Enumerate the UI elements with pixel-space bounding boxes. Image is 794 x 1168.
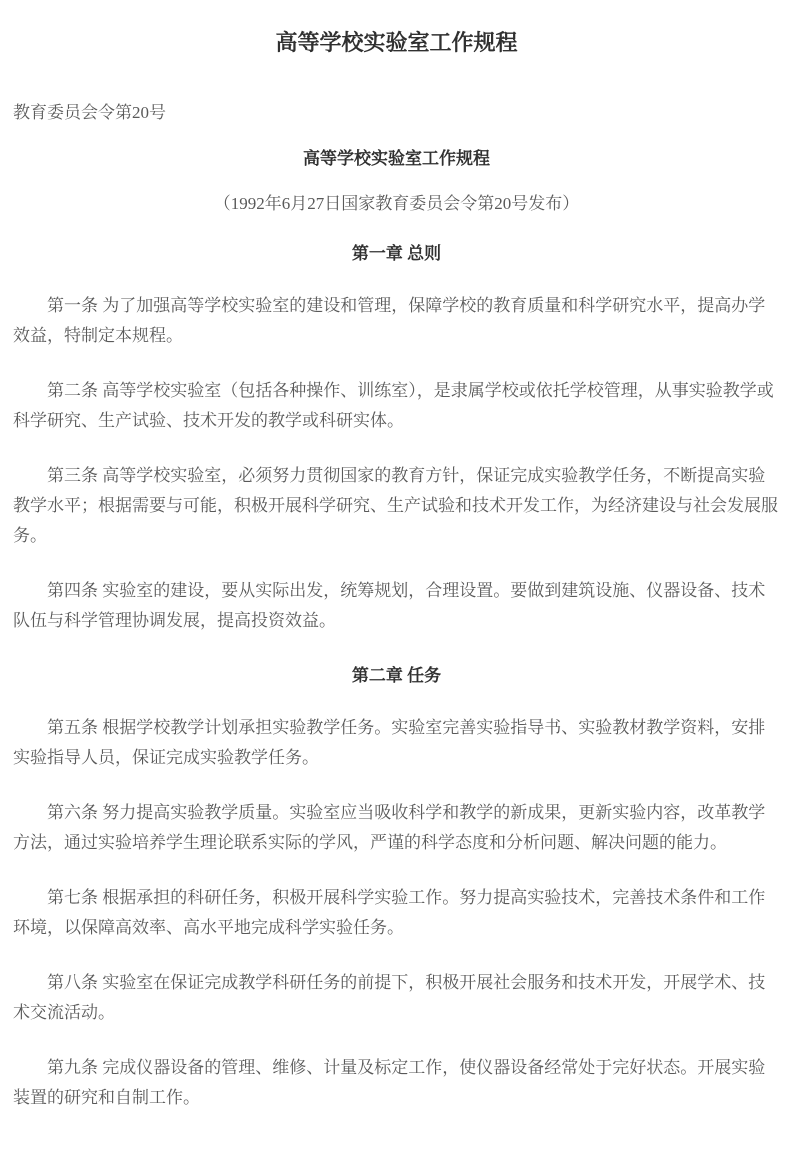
- article-7: 第七条 根据承担的科研任务，积极开展科学实验工作。努力提高实验技术，完善技术条件…: [13, 883, 780, 943]
- chapter-2-heading: 第二章 任务: [13, 661, 780, 691]
- article-5: 第五条 根据学校教学计划承担实验教学任务。实验室完善实验指导书、实验教材教学资料…: [13, 713, 780, 773]
- article-2: 第二条 高等学校实验室（包括各种操作、训练室），是隶属学校或依托学校管理，从事实…: [13, 376, 780, 436]
- article-9: 第九条 完成仪器设备的管理、维修、计量及标定工作，使仪器设备经常处于完好状态。开…: [13, 1053, 780, 1113]
- article-4: 第四条 实验室的建设，要从实际出发，统筹规划，合理设置。要做到建筑设施、仪器设备…: [13, 576, 780, 636]
- document-subtitle: 高等学校实验室工作规程: [13, 144, 780, 174]
- chapter-1-heading: 第一章 总则: [13, 239, 780, 269]
- publication-note: （1992年6月27日国家教育委员会令第20号发布）: [13, 189, 780, 219]
- decree-number-line: 教育委员会令第20号: [13, 98, 780, 128]
- article-8: 第八条 实验室在保证完成教学科研任务的前提下，积极开展社会服务和技术开发，开展学…: [13, 968, 780, 1028]
- document-page: 高等学校实验室工作规程 教育委员会令第20号 高等学校实验室工作规程 （1992…: [0, 0, 794, 1168]
- chapter-2: 第二章 任务 第五条 根据学校教学计划承担实验教学任务。实验室完善实验指导书、实…: [13, 661, 780, 1113]
- document-title: 高等学校实验室工作规程: [13, 30, 780, 56]
- article-3: 第三条 高等学校实验室，必须努力贯彻国家的教育方针，保证完成实验教学任务，不断提…: [13, 461, 780, 551]
- article-6: 第六条 努力提高实验教学质量。实验室应当吸收科学和教学的新成果，更新实验内容，改…: [13, 798, 780, 858]
- article-1: 第一条 为了加强高等学校实验室的建设和管理，保障学校的教育质量和科学研究水平，提…: [13, 291, 780, 351]
- chapter-1: 第一章 总则 第一条 为了加强高等学校实验室的建设和管理，保障学校的教育质量和科…: [13, 239, 780, 636]
